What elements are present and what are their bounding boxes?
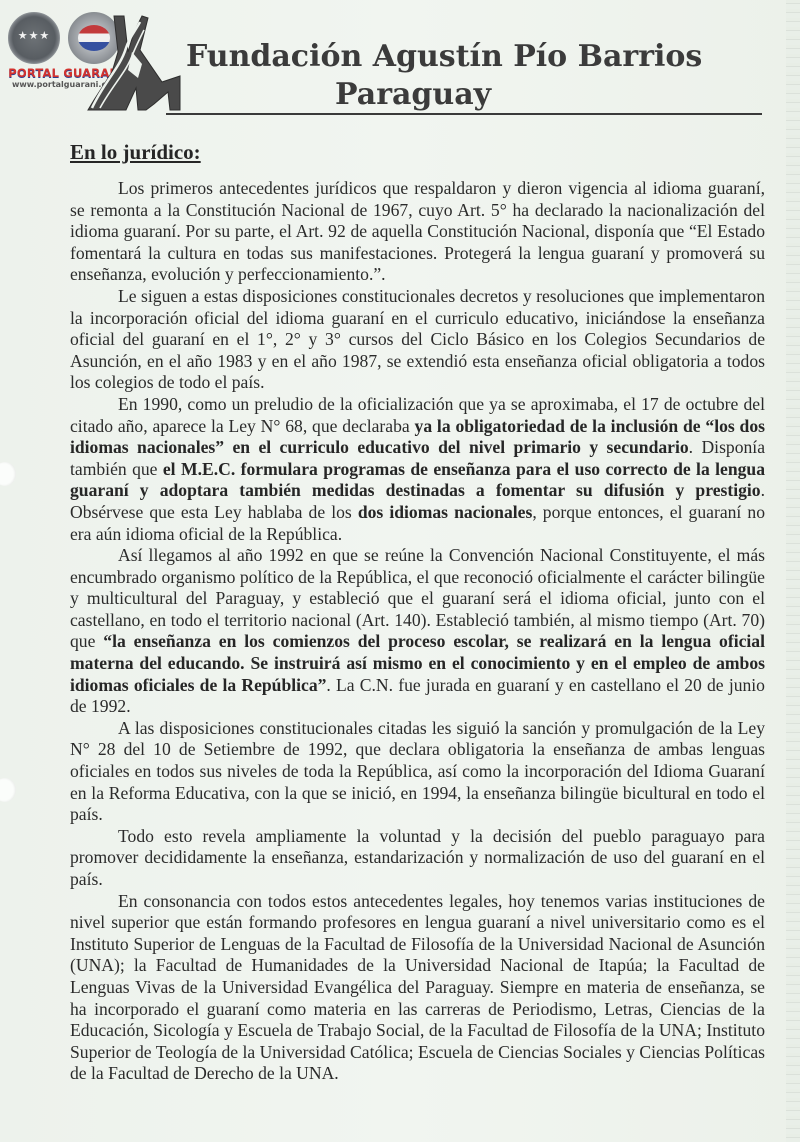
- paragraph: En consonancia con todos estos anteceden…: [70, 891, 765, 1085]
- text-run: A las disposiciones constitucionales cit…: [70, 718, 765, 824]
- paragraph: Le siguen a estas disposiciones constitu…: [70, 286, 765, 394]
- paragraph: Así llegamos al año 1992 en que se reúne…: [70, 545, 765, 718]
- text-run: Le siguen a estas disposiciones constitu…: [70, 286, 765, 392]
- section-heading: En lo jurídico:: [70, 140, 201, 165]
- bold-text: el M.E.C. formulara programas de enseñan…: [70, 459, 765, 501]
- stars-icon: ★★★: [9, 29, 59, 42]
- seal-icon: ★★★: [8, 12, 60, 64]
- text-run: Los primeros antecedentes jurídicos que …: [70, 178, 765, 284]
- paragraph: Los primeros antecedentes jurídicos que …: [70, 178, 765, 286]
- document-body: Los primeros antecedentes jurídicos que …: [70, 178, 765, 1085]
- punch-hole: [0, 778, 16, 802]
- paragraph: A las disposiciones constitucionales cit…: [70, 718, 765, 826]
- header-divider: [166, 113, 762, 115]
- paragraph: Todo esto revela ampliamente la voluntad…: [70, 826, 765, 891]
- foundation-logo-icon: [84, 12, 184, 114]
- foundation-title: Fundación Agustín Pío Barrios: [186, 40, 746, 73]
- text-run: Todo esto revela ampliamente la voluntad…: [70, 826, 765, 889]
- page-edge: [786, 0, 800, 1142]
- paragraph: En 1990, como un preludio de la oficiali…: [70, 394, 765, 545]
- bold-text: dos idiomas nacionales: [358, 502, 532, 522]
- foundation-subtitle: Paraguay: [335, 78, 491, 111]
- text-run: En consonancia con todos estos anteceden…: [70, 891, 765, 1084]
- punch-hole: [0, 462, 16, 486]
- scanned-page: ★★★ PORTAL GUARANI www.portalguarani.com…: [0, 0, 800, 1142]
